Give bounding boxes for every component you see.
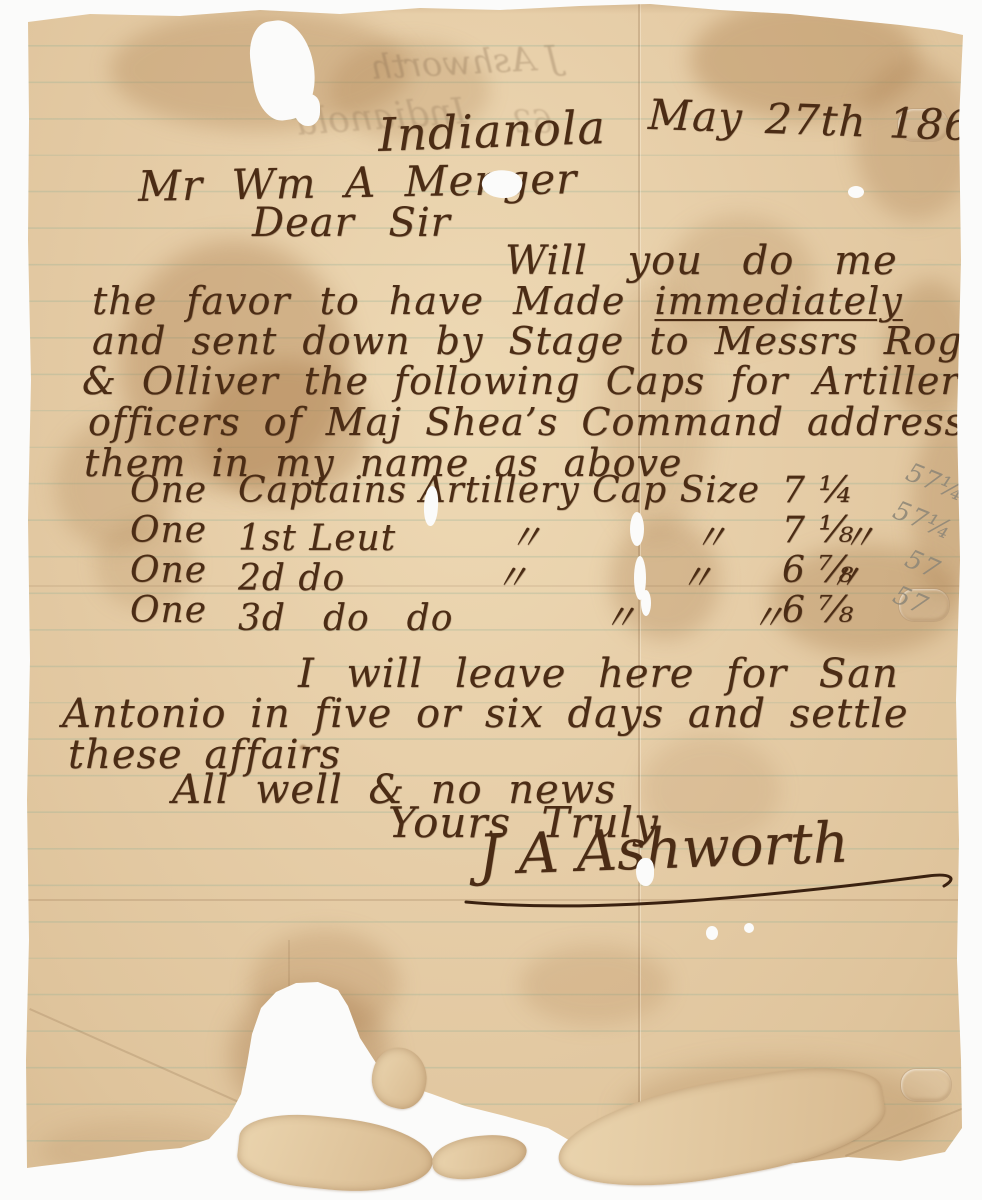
torn-flap [430, 1132, 528, 1182]
torn-flap [235, 1108, 436, 1200]
letter-paper-sheet: J Ashworth Indianola 62 Indianola May 27… [0, 0, 982, 1200]
edge-shading [0, 0, 982, 1200]
scanned-letter-canvas: J Ashworth Indianola 62 Indianola May 27… [0, 0, 982, 1200]
